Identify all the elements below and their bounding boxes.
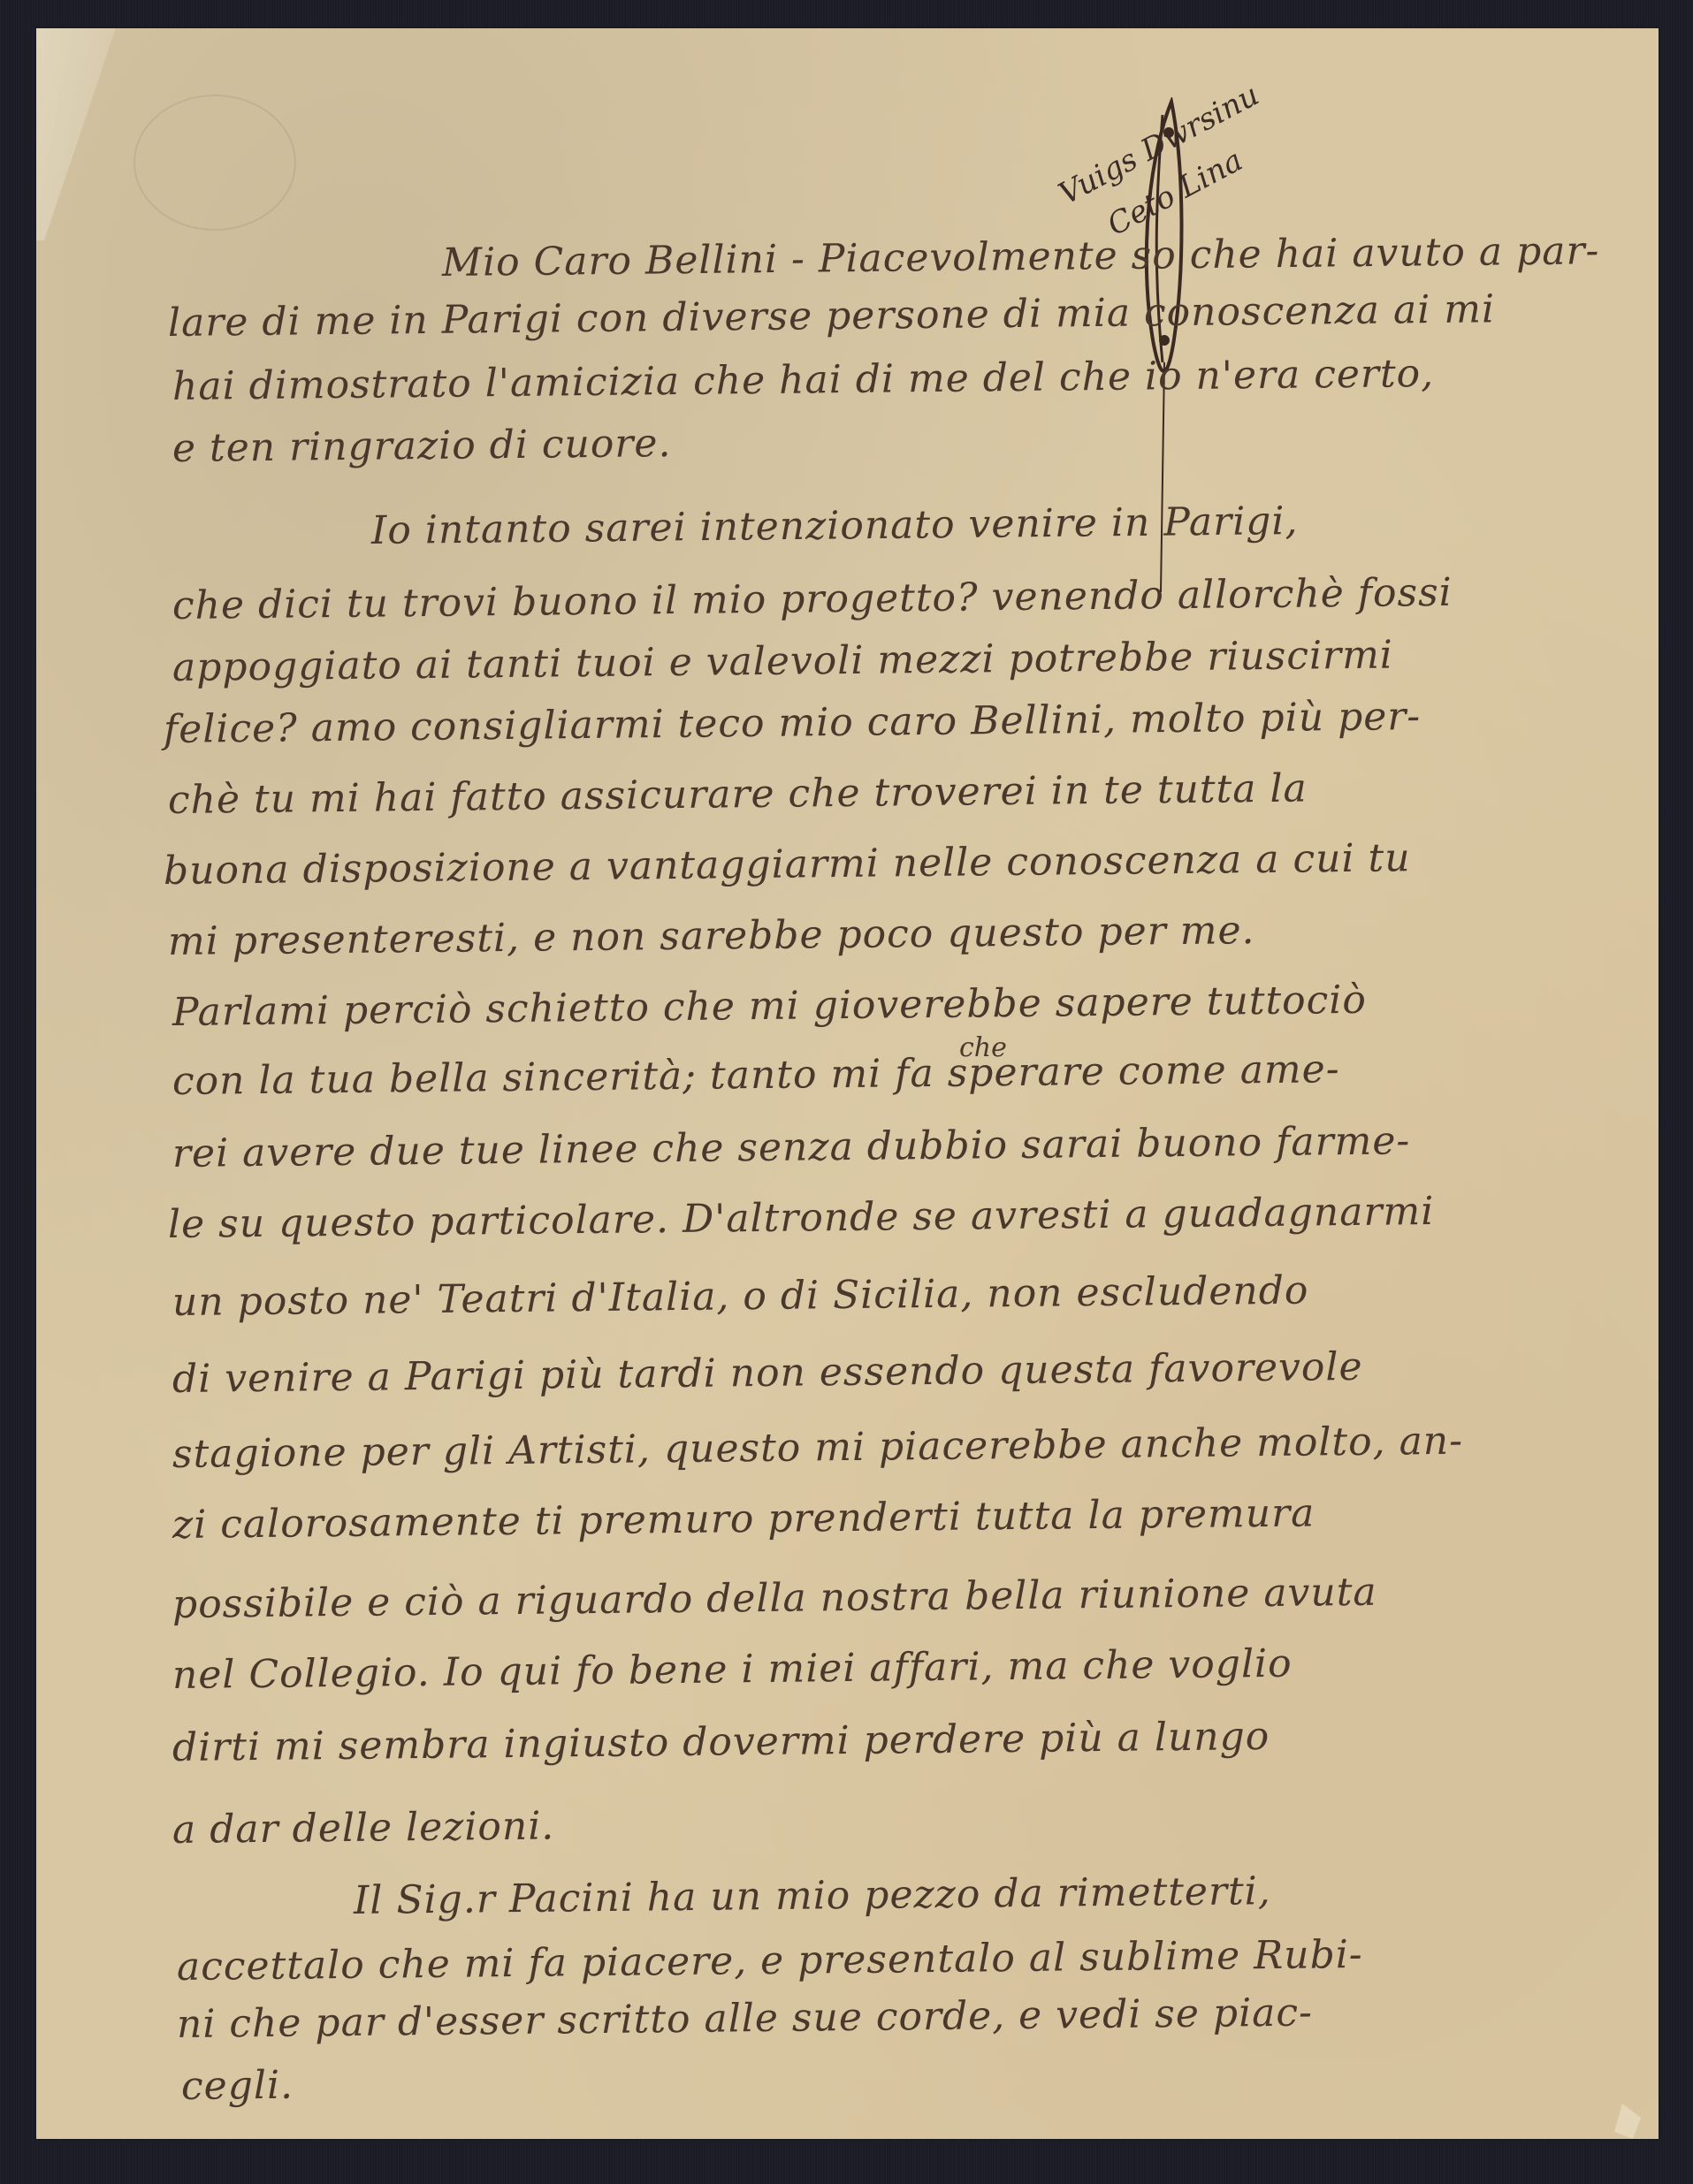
folded-corner (36, 28, 116, 240)
letter-line-24: Il Sig.r Pacini ha un mio pezzo da rimet… (354, 1868, 1271, 1923)
letter-line-23: a dar delle lezioni. (172, 1803, 555, 1853)
letter-line-27: cegli. (181, 2063, 294, 2109)
torn-corner (1614, 2104, 1641, 2139)
faded-stamp-mark (133, 95, 296, 231)
letter-line-4: e ten ringrazio di cuore. (172, 421, 672, 471)
